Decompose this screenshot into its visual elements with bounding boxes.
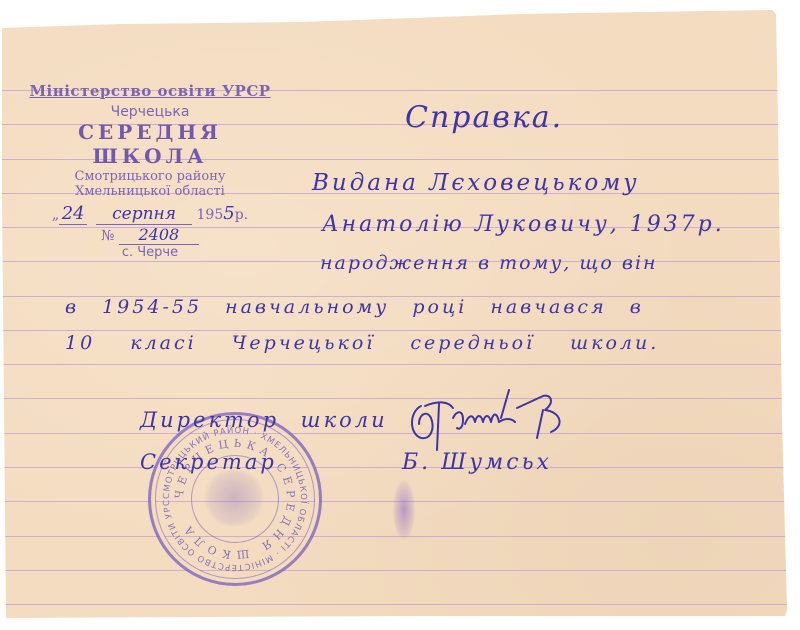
- body-line-3: народження в тому, що він: [320, 252, 658, 274]
- document-title: Справка.: [405, 100, 563, 135]
- school-village: Черчецька: [20, 104, 280, 120]
- secretary-label: Секретар: [140, 450, 277, 474]
- ruled-line: [2, 467, 798, 468]
- district-name: Смотрицького району: [20, 169, 280, 184]
- date-year-handwritten: 5: [223, 203, 234, 224]
- number-value: 2408: [119, 225, 199, 245]
- date-day: 24: [59, 203, 87, 225]
- number-label: №: [101, 228, 114, 244]
- ruled-line: [2, 570, 798, 571]
- director-label: Директор школи: [140, 408, 388, 432]
- ink-smudge: [393, 480, 415, 540]
- director-signature: [405, 388, 585, 458]
- place-name: с. Черче: [20, 245, 280, 260]
- body-line-2: Анатолію Луковичу, 1937р.: [322, 212, 725, 237]
- ruled-line: [2, 604, 798, 605]
- date-year-printed: 195: [197, 207, 224, 223]
- date-year-suffix: р.: [235, 207, 248, 223]
- secretary-signature: Б. Шумсьх: [402, 450, 552, 475]
- ruled-line: [2, 398, 798, 399]
- ruled-line: [2, 364, 798, 365]
- school-seal: СМОТРИЦЬКИЙ РАЙОН · ХМЕЛЬНИЦЬКОЇ ОБЛАСТІ…: [148, 412, 322, 586]
- ruled-line: [2, 433, 798, 434]
- issue-date: „24 серпня 1955р.: [20, 203, 280, 225]
- date-open-quote: „: [52, 207, 59, 223]
- coat-of-arms-icon: [204, 470, 264, 526]
- body-line-1: Видана Лєховецькому: [312, 170, 640, 196]
- institution-stamp: Міністерство освіти УРСР Черчецька СЕРЕД…: [20, 82, 280, 260]
- body-line-5: 10 класі Черчецької середньої школи.: [65, 332, 659, 354]
- school-name: СЕРЕДНЯ ШКОЛА: [20, 120, 280, 168]
- ministry-name: Міністерство освіти УРСР: [20, 82, 280, 100]
- body-line-4: в 1954-55 навчальному році навчався в: [65, 296, 644, 318]
- ruled-line: [2, 330, 798, 331]
- region-name: Хмельницької області: [20, 184, 280, 199]
- document-number: № 2408: [20, 225, 280, 245]
- date-month: серпня: [96, 204, 192, 225]
